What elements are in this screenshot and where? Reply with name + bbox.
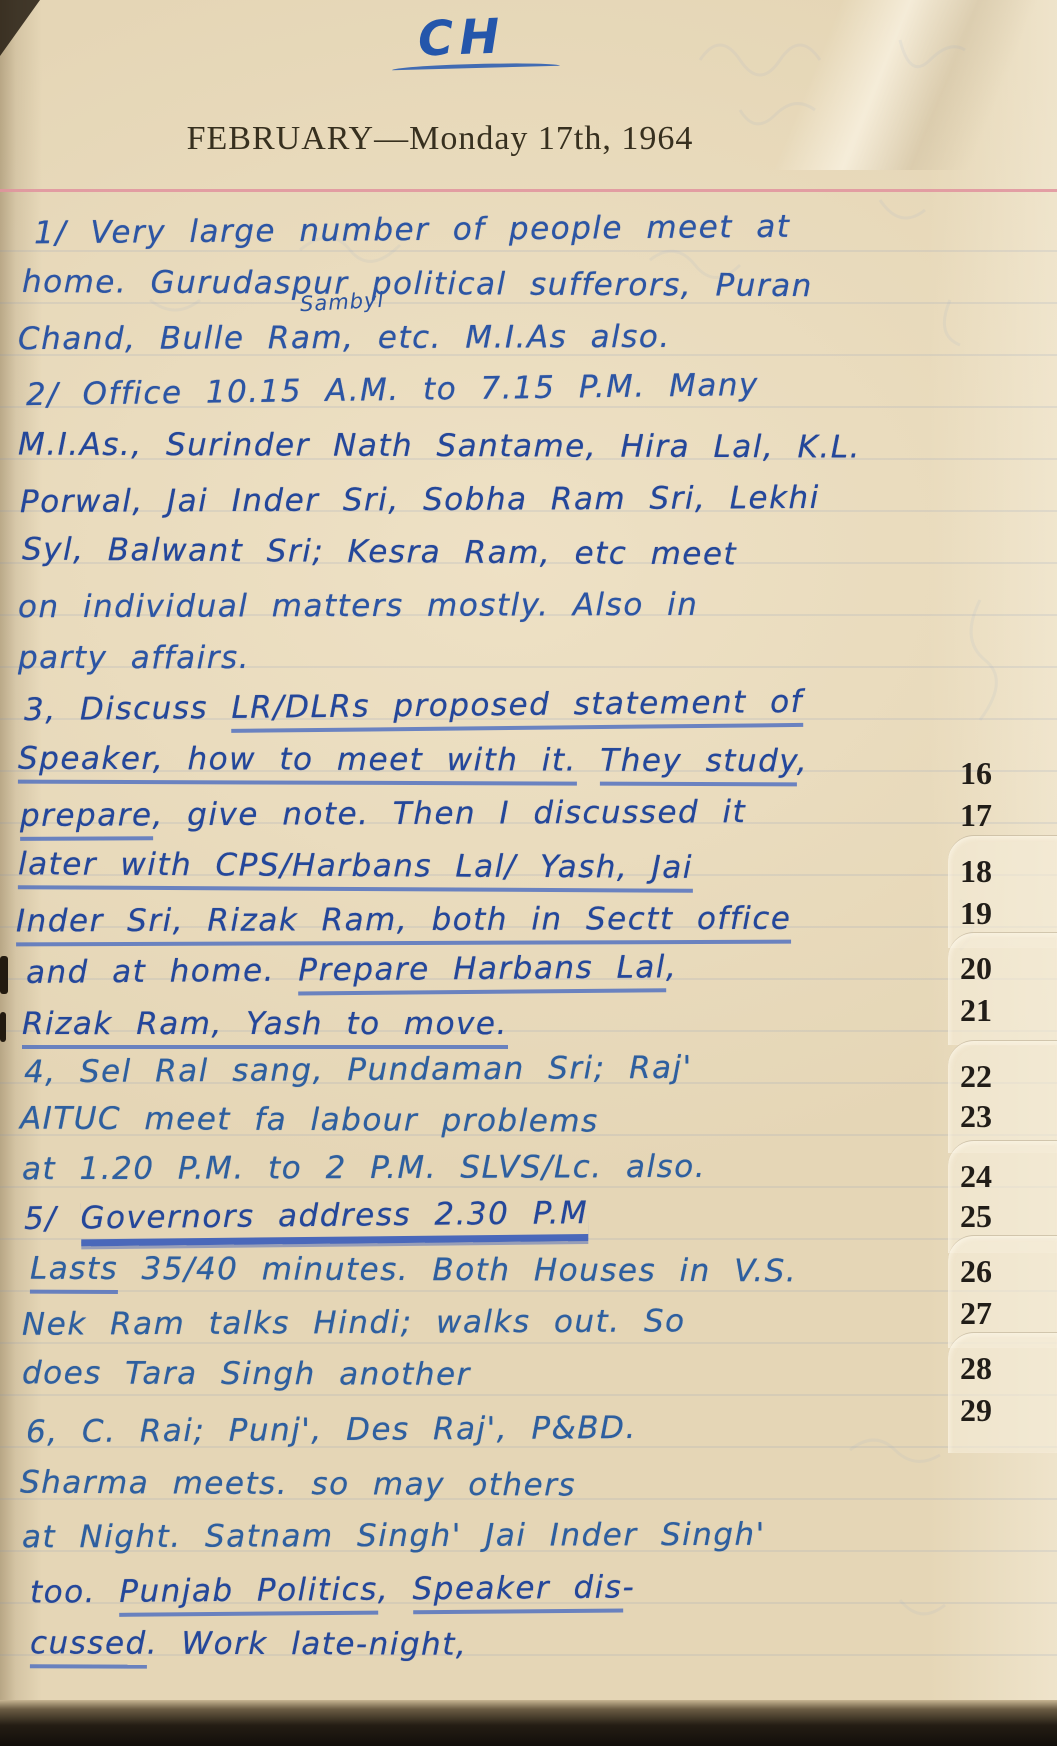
handwriting-text: 5/: [24, 1200, 81, 1237]
diary-line: Syl, Balwant Sri; Kesra Ram, etc meet: [22, 532, 737, 573]
diary-line: AITUC meet fa labour problems: [20, 1100, 599, 1139]
diary-line: at Night. Satnam Singh' Jai Inder Singh': [22, 1517, 766, 1556]
diary-line: Chand, Bulle Ram, etc. M.I.As also.: [18, 319, 671, 357]
underlined-phrase: prepare: [20, 797, 153, 841]
handwriting-text: Porwal, Jai Inder Sri, Sobha Ram Sri, Le…: [20, 480, 820, 520]
handwriting-text: . Work late-night,: [147, 1626, 468, 1663]
diary-page-scan: CH FEBRUARY—Monday 17th, 1964 Sambyl 1/ …: [0, 0, 1057, 1746]
handwriting-text: -: [622, 1569, 635, 1605]
margin-date-number: 29: [960, 1392, 1040, 1429]
handwriting-text: 2/ Office 10.15 A.M. to 7.15 P.M. Many: [26, 367, 759, 413]
printed-date-header: FEBRUARY—Monday 17th, 1964: [130, 120, 750, 158]
margin-date-number: 21: [960, 992, 1040, 1029]
diary-line: Rizak Ram, Yash to move.: [22, 1006, 508, 1042]
diary-line: Nek Ram talks Hindi; walks out. So: [22, 1303, 686, 1342]
handwriting-text: too.: [30, 1574, 120, 1611]
handwriting-text: 6, C. Rai; Punj', Des Raj', P&BD.: [26, 1410, 637, 1450]
handwriting-text: at Night. Satnam Singh' Jai Inder Singh': [22, 1517, 766, 1556]
handwriting-text: 4, Sel Ral sang, Pundaman Sri; Raj': [24, 1050, 693, 1091]
handwriting-text: and at home.: [26, 952, 299, 990]
margin-date-number: 17: [960, 797, 1040, 834]
diary-line: Porwal, Jai Inder Sri, Sobha Ram Sri, Le…: [20, 480, 820, 520]
handwriting-text: ,: [666, 949, 678, 985]
diary-line: 5/ Governors address 2.30 P.M: [24, 1195, 589, 1237]
diary-line: Lasts 35/40 minutes. Both Houses in V.S.: [30, 1251, 797, 1290]
handwriting-text: on individual matters mostly. Also in: [18, 587, 698, 625]
handwriting-text: does Tara Singh another: [22, 1355, 471, 1393]
handwriting-text: ,: [378, 1571, 413, 1607]
diary-line: 2/ Office 10.15 A.M. to 7.15 P.M. Many: [26, 367, 759, 413]
margin-date-number: 27: [960, 1295, 1040, 1332]
binding-stitch: [0, 1012, 6, 1042]
handwriting-text: 3, Discuss: [24, 690, 232, 728]
diary-line: 4, Sel Ral sang, Pundaman Sri; Raj': [24, 1050, 693, 1091]
handwriting-text: ,: [797, 743, 808, 779]
handwriting-text: M.I.As., Surinder Nath Santame, Hira Lal…: [18, 427, 861, 466]
underlined-phrase: Prepare Harbans Lal: [298, 949, 666, 995]
underlined-phrase: Speaker, how to meet with it.: [18, 741, 577, 786]
diary-line: prepare, give note. Then I discussed it: [20, 794, 746, 834]
margin-date-number: 23: [960, 1098, 1040, 1135]
underlined-phrase: later with CPS/Harbans Lal/ Yash, Jai: [18, 846, 693, 893]
diary-line: home. Gurudaspur political sufferors, Pu…: [22, 264, 813, 304]
diary-line: party affairs.: [18, 640, 250, 676]
handwriting-text: , give note. Then I discussed it: [152, 794, 746, 833]
page-corner-shadow: [0, 0, 40, 56]
handwriting-text: 35/40 minutes. Both Houses in V.S.: [118, 1251, 797, 1289]
margin-date-number: 20: [960, 950, 1040, 987]
date-tab: [948, 1040, 1057, 1153]
diary-line: and at home. Prepare Harbans Lal,: [26, 949, 678, 991]
margin-date-number: 25: [960, 1198, 1040, 1235]
binding-stitch: [0, 956, 8, 994]
handwriting-text: Nek Ram talks Hindi; walks out. So: [22, 1303, 686, 1342]
handwriting-text: Syl, Balwant Sri; Kesra Ram, etc meet: [22, 532, 737, 573]
handwriting-text: party affairs.: [18, 640, 250, 676]
diary-line: does Tara Singh another: [22, 1355, 471, 1393]
diary-line: M.I.As., Surinder Nath Santame, Hira Lal…: [18, 427, 861, 466]
handwritten-annotation: CH: [417, 5, 619, 68]
handwriting-text: 1/ Very large number of people meet at: [34, 209, 791, 252]
diary-line: Sharma meets. so may others: [20, 1465, 576, 1504]
underlined-phrase: They study: [600, 743, 797, 787]
underlined-phrase: Speaker dis: [412, 1569, 622, 1614]
diary-line: too. Punjab Politics, Speaker dis-: [30, 1569, 635, 1610]
page-bottom-edge: [0, 1700, 1057, 1746]
diary-line: Inder Sri, Rizak Ram, both in Sectt offi…: [16, 901, 792, 940]
underlined-phrase: Punjab Politics: [119, 1572, 378, 1617]
margin-date-number: 26: [960, 1253, 1040, 1290]
diary-line: Speaker, how to meet with it. They study…: [18, 741, 808, 780]
margin-date-number: 19: [960, 895, 1040, 932]
margin-date-number: 28: [960, 1350, 1040, 1387]
diary-line: cussed. Work late-night,: [30, 1625, 467, 1663]
margin-date-number: 24: [960, 1158, 1040, 1195]
underlined-phrase: cussed: [30, 1625, 147, 1668]
diary-line: later with CPS/Harbans Lal/ Yash, Jai: [18, 846, 693, 886]
underlined-phrase: Inder Sri, Rizak Ram, both in Sectt offi…: [16, 901, 792, 947]
underlined-phrase: Lasts: [30, 1251, 118, 1294]
underlined-phrase: LR/DLRs proposed statement of: [231, 684, 803, 733]
handwriting-text: home. Gurudaspur political sufferors, Pu…: [22, 264, 813, 304]
underlined-phrase: Governors address 2.30 P.M: [80, 1195, 588, 1246]
handwriting-text: [577, 743, 600, 779]
handwriting-text: Chand, Bulle Ram, etc. M.I.As also.: [18, 319, 671, 357]
annotation-underline: [392, 62, 560, 70]
pink-margin-rule: [0, 189, 1057, 192]
margin-date-number: 22: [960, 1058, 1040, 1095]
diary-line: on individual matters mostly. Also in: [18, 587, 698, 625]
diary-line: 1/ Very large number of people meet at: [34, 209, 791, 252]
diary-line: 3, Discuss LR/DLRs proposed statement of: [24, 684, 803, 728]
diary-line: at 1.20 P.M. to 2 P.M. SLVS/Lc. also.: [22, 1149, 706, 1187]
margin-date-number: 18: [960, 853, 1040, 890]
diary-line: 6, C. Rai; Punj', Des Raj', P&BD.: [26, 1410, 637, 1450]
handwriting-text: AITUC meet fa labour problems: [20, 1100, 599, 1139]
margin-date-number: 16: [960, 755, 1040, 792]
handwriting-text: Sharma meets. so may others: [20, 1465, 576, 1504]
underlined-phrase: Rizak Ram, Yash to move.: [22, 1006, 508, 1049]
handwriting-text: at 1.20 P.M. to 2 P.M. SLVS/Lc. also.: [22, 1149, 706, 1187]
